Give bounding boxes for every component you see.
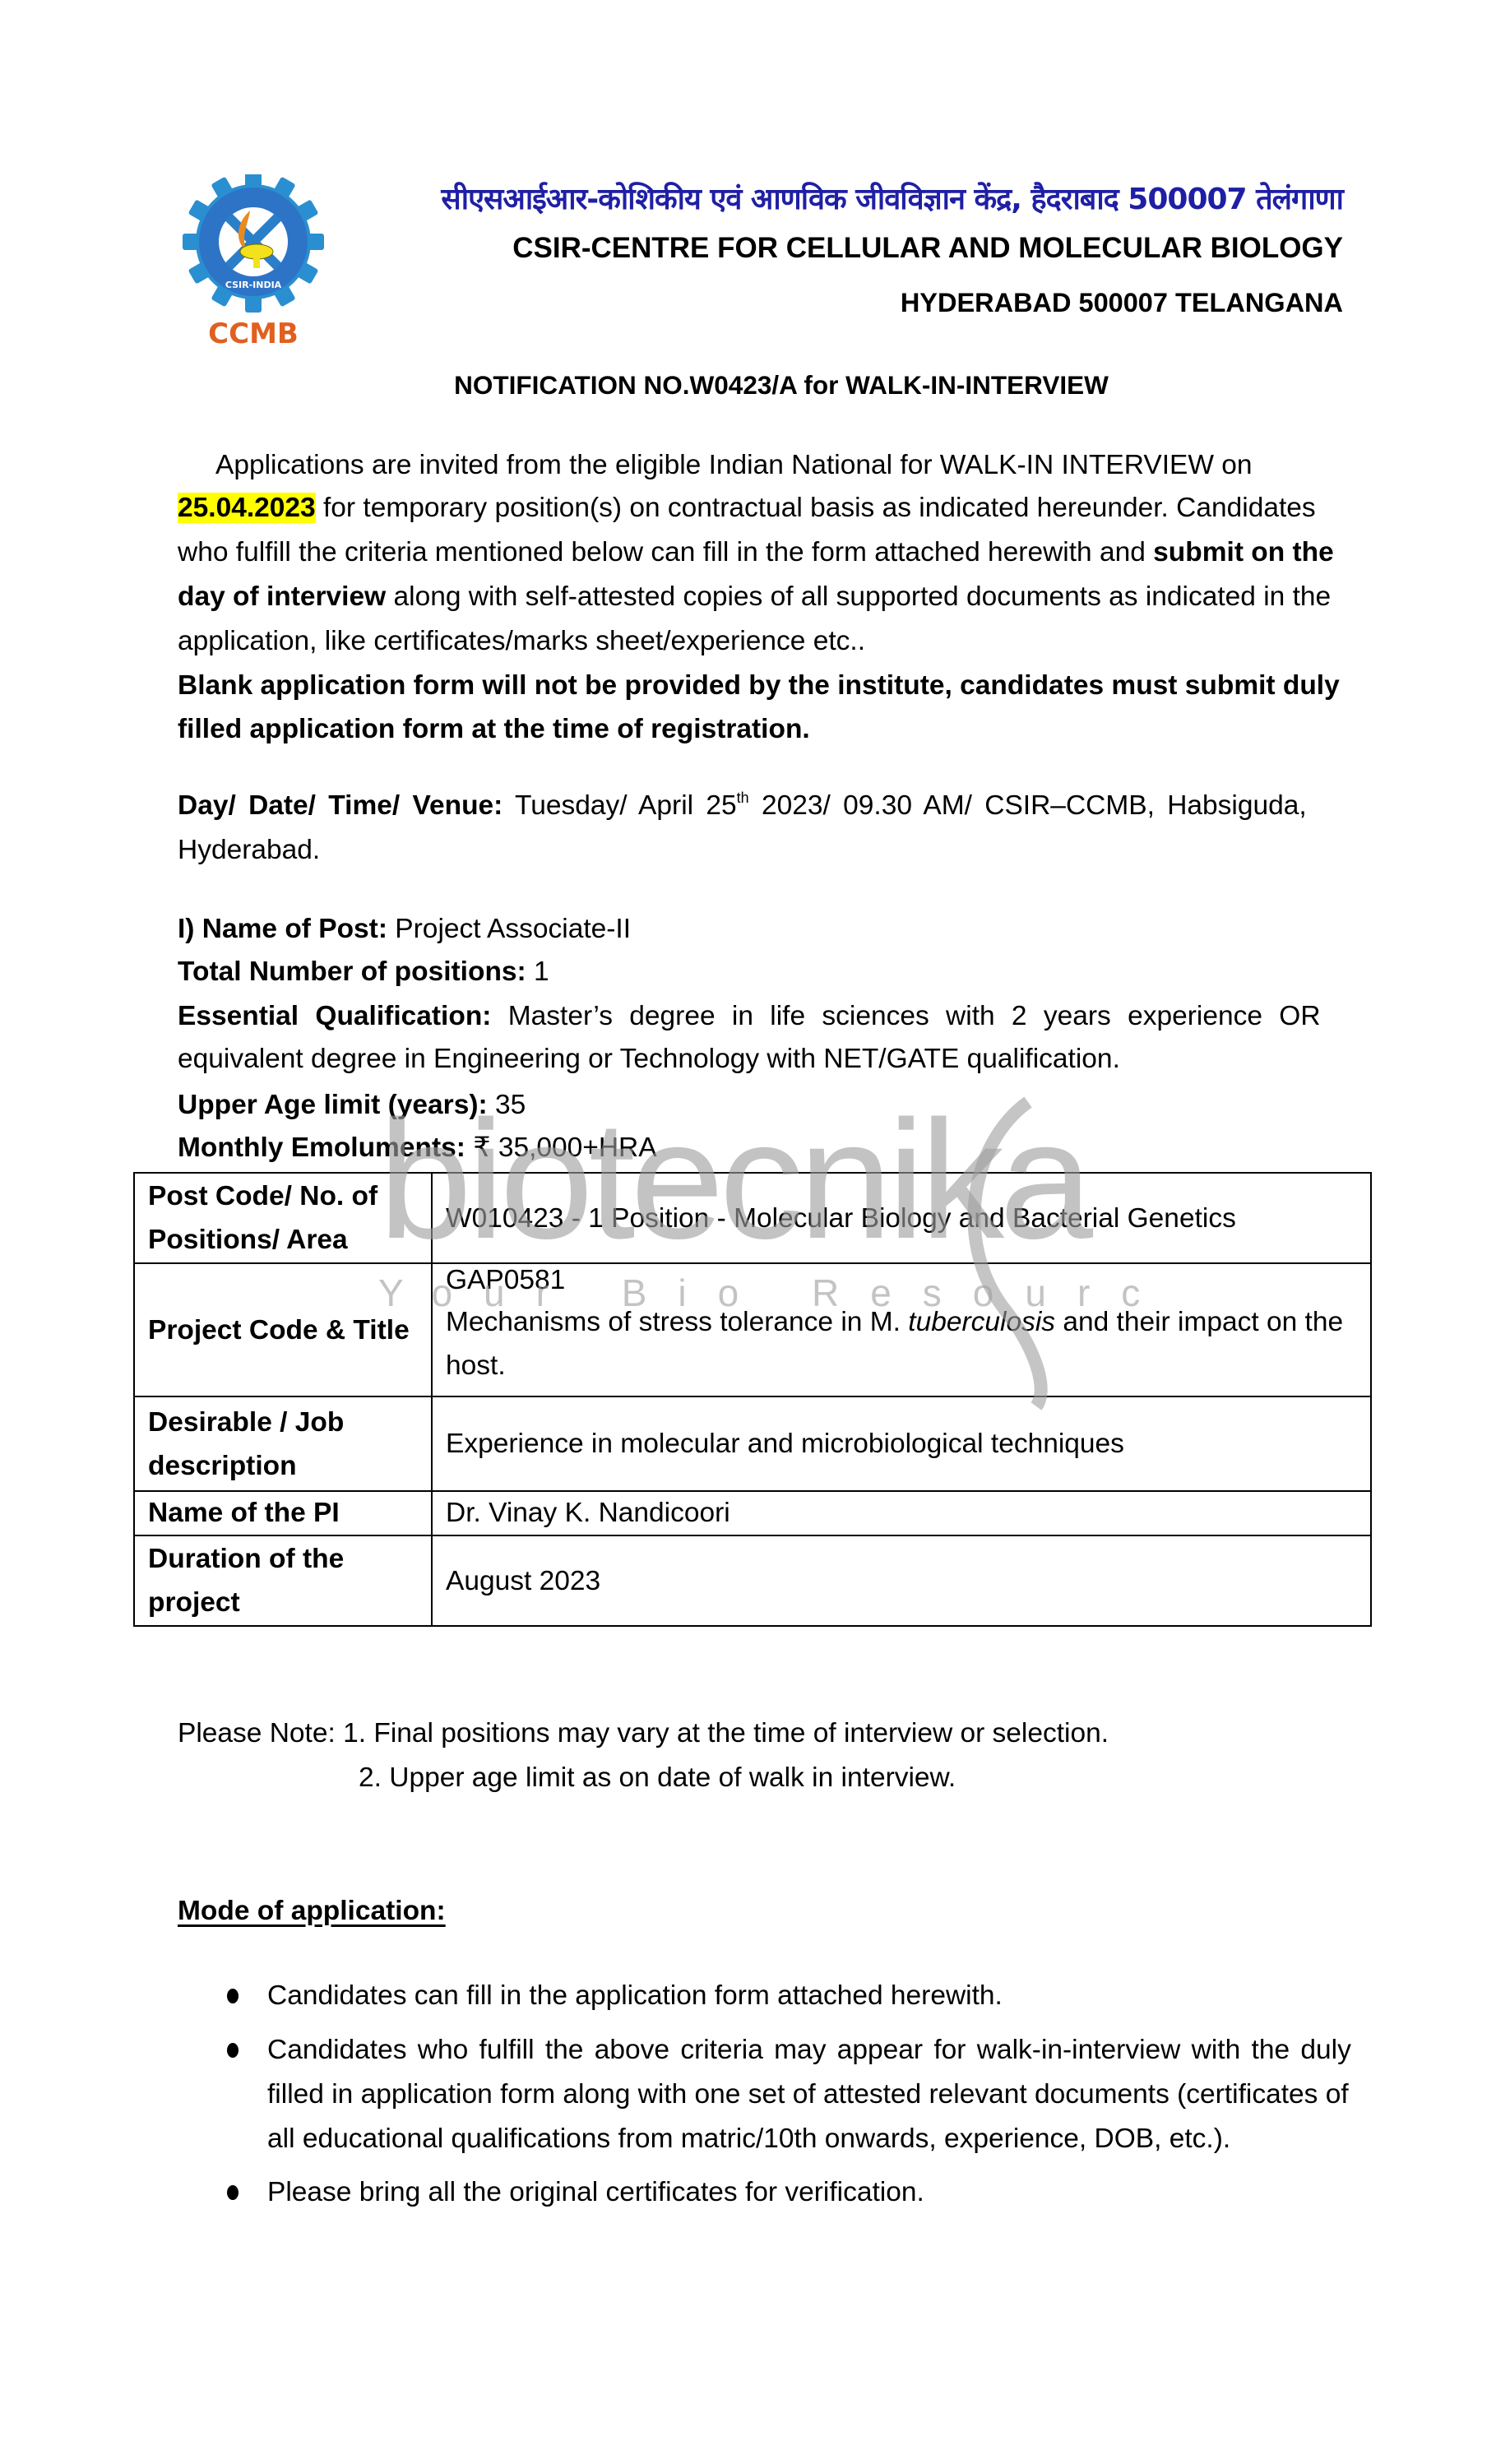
institute-name-hindi: सीएसआईआर-कोशिकीय एवं आणविक जीवविज्ञान के… — [441, 178, 1343, 218]
table-row: Post Code/ No. of Positions/ Area W01042… — [134, 1173, 1371, 1263]
csir-ccmb-logo-icon: CSIR-INDIA CCMB — [173, 174, 334, 351]
table-value: August 2023 — [432, 1535, 1371, 1626]
table-key: Desirable / Job description — [134, 1396, 432, 1491]
schedule-label: Day/ Date/ Time/ Venue: — [178, 790, 503, 821]
monthly-emoluments: Monthly Emoluments: ₹ 35,000+HRA — [178, 1132, 657, 1165]
mode-bullet-2-line-2: filled in application form along with on… — [267, 2078, 1349, 2111]
mode-bullet-1: Candidates can fill in the application f… — [267, 1980, 1003, 2012]
table-key: Duration of the project — [134, 1535, 432, 1626]
bullet-icon — [227, 2185, 239, 2200]
mode-of-application-heading: Mode of application: — [178, 1895, 446, 1928]
institute-name: CSIR-CENTRE FOR CELLULAR AND MOLECULAR B… — [512, 232, 1343, 265]
table-key: Project Code & Title — [134, 1263, 432, 1396]
bullet-icon — [227, 1989, 239, 2003]
project-code: GAP0581 — [446, 1264, 1359, 1297]
table-row: Desirable / Job description Experience i… — [134, 1396, 1371, 1491]
intro-line-4: day of interview along with self-atteste… — [178, 581, 1331, 614]
table-value: Experience in molecular and microbiologi… — [432, 1396, 1371, 1491]
table-key: Name of the PI — [134, 1491, 432, 1535]
note-2: 2. Upper age limit as on date of walk in… — [359, 1762, 956, 1795]
warning-line-2: filled application form at the time of r… — [178, 713, 810, 746]
upper-age-limit: Upper Age limit (years): 35 — [178, 1089, 526, 1122]
schedule-line-2: Hyderabad. — [178, 834, 320, 867]
intro-line-3: who fulfill the criteria mentioned below… — [178, 536, 1334, 569]
table-value: W010423 - 1 Position - Molecular Biology… — [432, 1173, 1371, 1263]
essential-qualification: Essential Qualification: Master’s degree… — [178, 1000, 1321, 1033]
logo-label: CCMB — [208, 317, 299, 350]
schedule-line: Day/ Date/ Time/ Venue: Tuesday/ April 2… — [178, 790, 1372, 822]
intro-line-2: 25.04.2023 for temporary position(s) on … — [178, 492, 1316, 525]
table-row: Project Code & Title GAP0581 Mechanisms … — [134, 1263, 1371, 1396]
post-name: I) Name of Post: Project Associate-II — [178, 913, 631, 946]
bullet-icon — [227, 2043, 239, 2058]
table-key: Post Code/ No. of Positions/ Area — [134, 1173, 432, 1263]
total-positions: Total Number of positions: 1 — [178, 956, 549, 989]
table-row: Duration of the project August 2023 — [134, 1535, 1371, 1626]
note-1: Please Note: 1. Final positions may vary… — [178, 1717, 1109, 1750]
essential-qualification-line-2: equivalent degree in Engineering or Tech… — [178, 1043, 1120, 1076]
position-details-table: Post Code/ No. of Positions/ Area W01042… — [133, 1172, 1372, 1627]
intro-line-1: Applications are invited from the eligib… — [215, 449, 1253, 482]
table-row: Name of the PI Dr. Vinay K. Nandicoori — [134, 1491, 1371, 1535]
table-value: GAP0581 Mechanisms of stress tolerance i… — [432, 1263, 1371, 1396]
interview-date-highlight: 25.04.2023 — [178, 493, 316, 523]
warning-line-1: Blank application form will not be provi… — [178, 669, 1340, 702]
mode-bullet-3: Please bring all the original certificat… — [267, 2176, 924, 2209]
institute-address: HYDERABAD 500007 TELANGANA — [901, 288, 1343, 318]
intro-line-5: application, like certificates/marks she… — [178, 625, 865, 658]
mode-bullet-2-line-3: all educational qualifications from matr… — [267, 2123, 1230, 2156]
mode-bullet-2: Candidates who fulfill the above criteri… — [267, 2034, 1372, 2067]
notification-title: NOTIFICATION NO.W0423/A for WALK-IN-INTE… — [0, 370, 1496, 401]
table-value: Dr. Vinay K. Nandicoori — [432, 1491, 1371, 1535]
svg-text:CSIR-INDIA: CSIR-INDIA — [225, 280, 282, 290]
project-title: Mechanisms of stress tolerance in M. tub… — [446, 1297, 1359, 1387]
